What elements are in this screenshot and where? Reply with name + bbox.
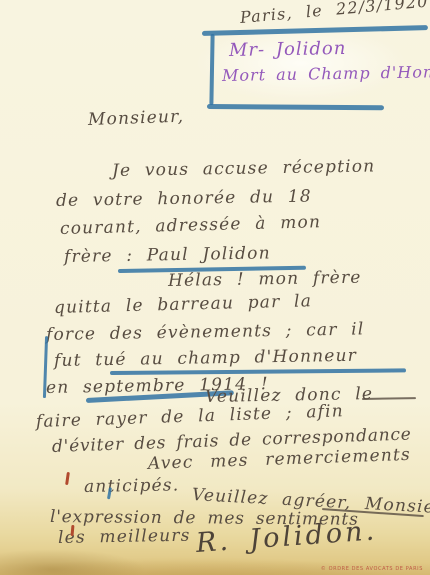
letter-line: les meilleurs [58,526,191,548]
watermark-credit: © ORDRE DES AVOCATS DE PARIS [321,566,423,572]
red-tick-anticipes [65,472,70,485]
annotation-mort-au-champ: Mort au Champ d'Honneur [222,62,430,85]
letter-page: Paris, le 22/3/1920 Mr- Jolidon Mort au … [0,0,430,575]
letter-line: anticipés. [84,475,180,497]
letter-line: force des évènements ; car il [46,319,365,345]
salutation: Monsieur, [88,107,185,130]
letter-line: frère : Paul Jolidon [64,243,271,267]
letter-line: Hélas ! mon frère [168,268,362,291]
annotation-name: Mr- Jolidon [229,38,347,61]
letter-line: Je vous accuse réception [112,156,376,181]
date-line: Paris, le 22/3/1920 [239,0,429,27]
letter-line: de votre honorée du 18 [56,187,312,211]
letter-line: fut tué au champ d'Honneur [54,346,357,371]
letter-line: courant, adressée à mon [60,212,322,239]
blue-box-bottom-edge [207,104,384,110]
blue-underline-date [202,25,428,36]
letter-line: quitta le barreau par la [54,291,313,318]
blue-box-left-edge [209,34,214,105]
ink-dash-after-le [362,397,416,400]
